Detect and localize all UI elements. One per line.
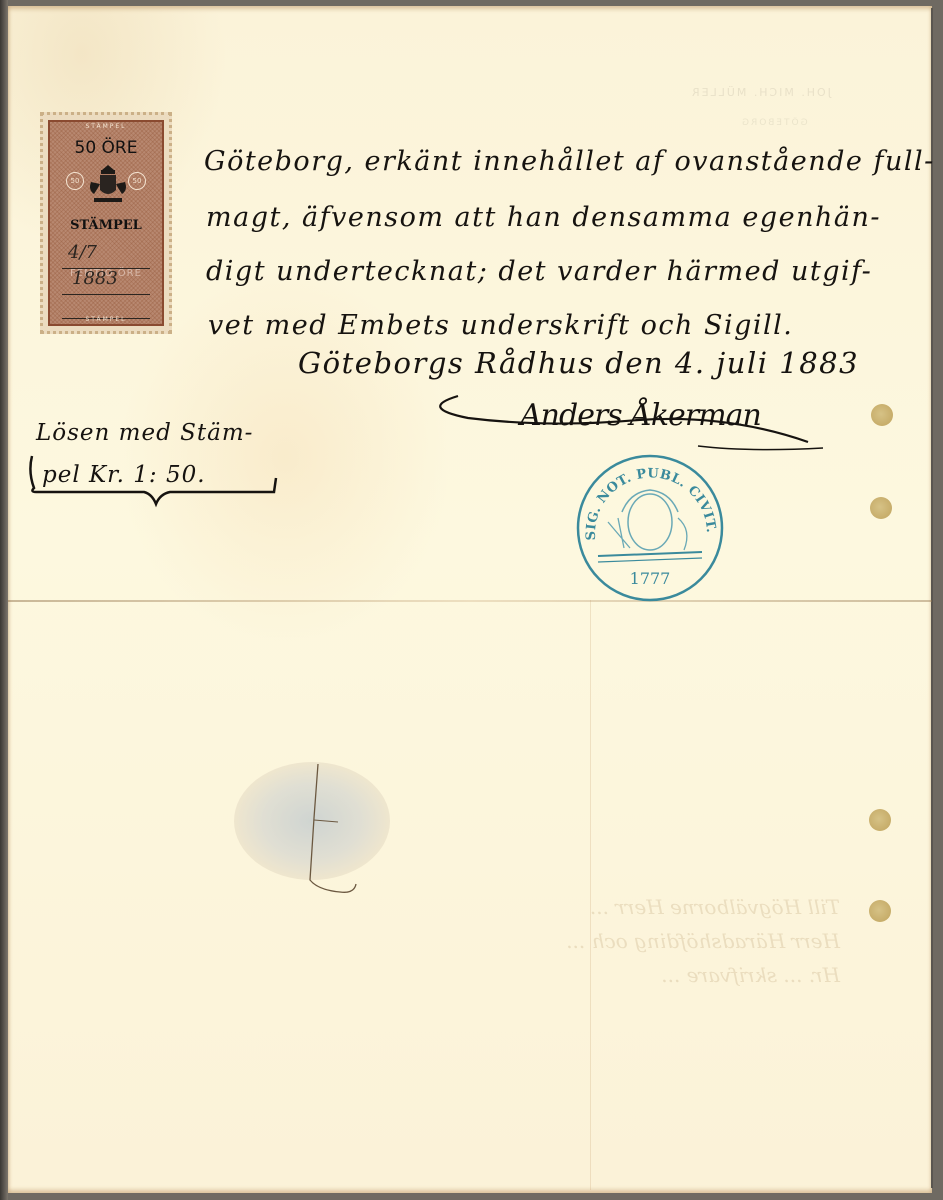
showthrough-text: Till Högvälborne Herr ... Herr Häradshöf… [420, 890, 840, 992]
svg-text:SIG. NOT. PUBL. CIVIT. GOTHOB.: SIG. NOT. PUBL. CIVIT. GOTHOB. [574, 452, 718, 541]
body-line-1: Göteborg, erkänt innehållet af ovanståen… [204, 146, 935, 177]
notary-seal: SIG. NOT. PUBL. CIVIT. GOTHOB. 1777 [574, 452, 726, 602]
stamp-corner-value: 50 [66, 172, 84, 190]
stamp-denomination: 50 ÖRE [50, 138, 162, 158]
stamp-label: STÄMPEL [50, 218, 162, 233]
stamp-ruling [62, 294, 150, 295]
revenue-stamp: STÄMPEL 50 ÖRE 50 50 STÄMPEL FEMTIO ÖRE … [40, 112, 172, 334]
binding-hole [869, 900, 891, 922]
binding-hole [870, 497, 892, 519]
page-edge [931, 8, 933, 1188]
place-and-date: Göteborgs Rådhus den 4. juli 1883 [298, 346, 859, 380]
body-line-4: vet med Embets underskrift och Sigill. [208, 310, 793, 341]
stamp-border-text-top: STÄMPEL [50, 123, 162, 130]
horizontal-fold-crease [8, 600, 932, 602]
seal-legend: SIG. NOT. PUBL. CIVIT. GOTHOB. [574, 452, 718, 541]
stamp-border-text-bottom: STÄMPEL [50, 316, 162, 323]
fee-note-line-1: Lösen med Stäm- [36, 420, 253, 446]
body-line-2: magt, äfvensom att han densamma egenhän- [206, 202, 881, 233]
stamp-corner-value: 50 [128, 172, 146, 190]
notary-signature: Anders Åkerman [428, 388, 828, 458]
paper-tear-icon [296, 758, 366, 898]
showthrough-line: Herr Häradshöfding och ... [420, 924, 840, 958]
coat-of-arms-icon [88, 164, 128, 212]
showthrough-line: Hr. ... skrifvare ... [420, 958, 840, 992]
body-line-3: digt undertecknat; det varder härmed utg… [206, 256, 872, 287]
signature-name: Anders Åkerman [520, 398, 761, 433]
scan-border [0, 0, 8, 1200]
cancellation-date: 4/7 [68, 240, 148, 266]
seal-year: 1777 [630, 569, 671, 588]
showthrough-letterhead-city: GÖTEBORG [740, 118, 808, 128]
binding-hole [869, 809, 891, 831]
binding-hole [871, 404, 893, 426]
fee-bracket-icon [24, 452, 282, 512]
showthrough-letterhead: JOH. MICH. MÜLLER [690, 86, 831, 99]
stamp-cancellation: 4/7 1883 [68, 240, 148, 292]
showthrough-line: Till Högvälborne Herr ... [420, 890, 840, 924]
stamp-face: STÄMPEL 50 ÖRE 50 50 STÄMPEL FEMTIO ÖRE … [48, 120, 164, 326]
cancellation-year: 1883 [72, 266, 148, 292]
